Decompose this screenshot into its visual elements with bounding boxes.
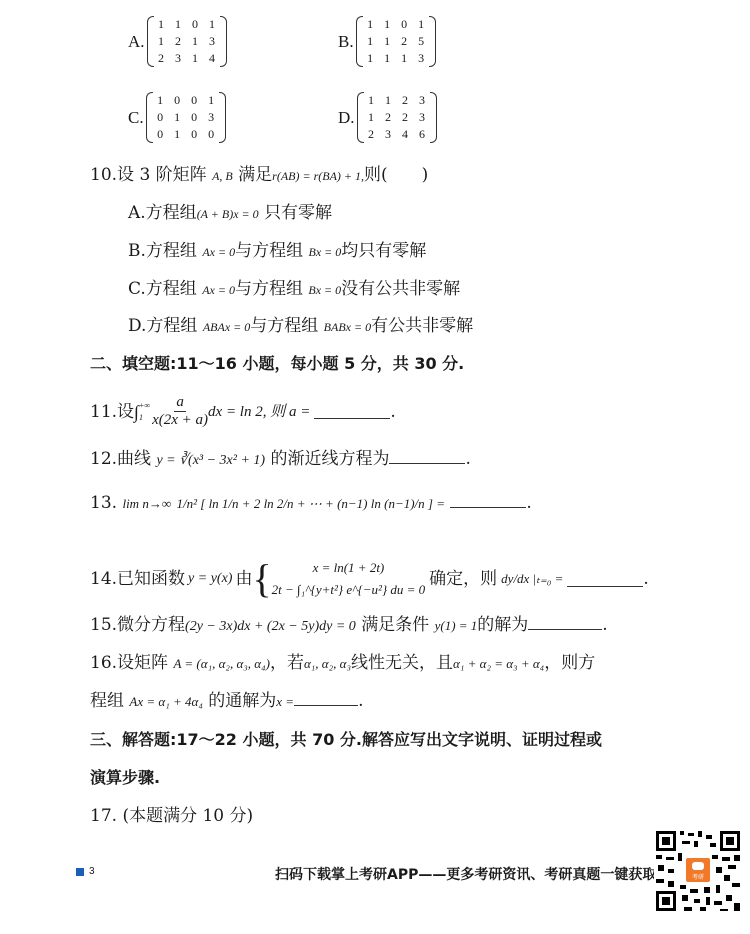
answer-blank[interactable]: [567, 572, 643, 587]
math: x =: [276, 694, 294, 709]
q9-option-c: C. 1001 0103 0100: [128, 92, 226, 143]
cell: 2: [397, 92, 414, 109]
cell: 3: [380, 126, 397, 143]
cell: 1: [363, 92, 380, 109]
page-marker-icon: [76, 868, 84, 876]
cell: 3: [203, 109, 220, 126]
text: 确定，则: [429, 568, 497, 590]
matrix: 1001 0103 0100: [146, 92, 226, 143]
cell: 1: [379, 33, 396, 50]
math: (2y − 3x)dx + (2x − 5y)dy = 0: [185, 619, 356, 634]
math: r(AB) = r(BA) + 1,: [272, 169, 364, 183]
cell: 2: [396, 33, 413, 50]
numerator: a: [174, 394, 186, 412]
text: 15.微分方程: [90, 615, 185, 635]
text: 则( ): [364, 165, 428, 185]
text: 均只有零解: [341, 241, 426, 261]
text: 满足: [238, 165, 272, 185]
cell: 4: [204, 50, 221, 67]
cell: 0: [186, 126, 203, 143]
cell: 1: [396, 50, 413, 67]
section-3-heading-line-1: 三、解答题:17～22 小题，共 70 分.解答应写出文字说明、证明过程或: [90, 729, 602, 751]
text: 的通解为: [208, 691, 276, 711]
cell: 1: [204, 16, 221, 33]
math: y(1) = 1: [435, 618, 478, 633]
cell: 2: [363, 126, 380, 143]
fraction: ax(2x + a): [152, 394, 208, 429]
section-2-heading: 二、填空题:11～16 小题，每小题 5 分，共 30 分.: [90, 353, 464, 375]
answer-blank[interactable]: [314, 404, 390, 419]
question-13: 13. lim n→∞ 1/n² [ ln 1/n + 2 ln 2/n + ⋯…: [90, 492, 532, 515]
cell: 1: [380, 92, 397, 109]
cell: 6: [414, 126, 431, 143]
text: 13.: [90, 493, 117, 513]
cell: 1: [362, 16, 379, 33]
question-10-option-b: B.方程组 Ax = 0与方程组 Bx = 0均只有零解: [128, 240, 426, 263]
math: α₁ + α₂ = α₃ + α₄: [453, 656, 544, 671]
cell: 3: [413, 50, 430, 67]
answer-blank[interactable]: [389, 449, 465, 464]
math: Ax = α₁ + 4α₄: [129, 694, 202, 709]
question-12: 12.曲线 y = ∛(x³ − 3x² + 1) 的渐近线方程为.: [90, 448, 471, 472]
cell: 3: [414, 92, 431, 109]
text: .: [602, 615, 607, 635]
math: α₁, α₂, α₃: [304, 656, 351, 671]
cell: 3: [204, 33, 221, 50]
q9-option-b: B. 1101 1125 1113: [338, 16, 436, 67]
answer-blank[interactable]: [450, 493, 526, 508]
text: ，若: [270, 653, 304, 673]
cell: 2: [380, 109, 397, 126]
text: 14.已知函数: [90, 568, 185, 590]
section-3-heading-line-2: 演算步骤.: [90, 767, 160, 789]
cell: 0: [152, 126, 169, 143]
cell: 1: [413, 16, 430, 33]
cell: 3: [170, 50, 187, 67]
text: B.方程组: [128, 241, 197, 261]
cell: 0: [186, 109, 203, 126]
question-16-line-1: 16.设矩阵 A = (α₁, α₂, α₃, α₄)，若α₁, α₂, α₃线…: [90, 652, 595, 675]
question-10-option-c: C.方程组 Ax = 0与方程组 Bx = 0没有公共非零解: [128, 278, 460, 301]
text: 的渐近线方程为: [270, 449, 389, 469]
text: .: [643, 568, 648, 590]
cell: 4: [397, 126, 414, 143]
option-label: C.: [128, 108, 144, 128]
cell: 1: [153, 33, 170, 50]
math: BABx = 0: [324, 320, 371, 334]
cell: 1: [187, 50, 204, 67]
math: (A + B)x = 0: [197, 207, 259, 221]
math: y = ∛(x³ − 3x² + 1): [156, 453, 265, 468]
equation: x = ln(1 + 2t): [313, 557, 385, 579]
question-14: 14.已知函数 y = y(x) 由 { x = ln(1 + 2t) 2t −…: [90, 557, 649, 601]
text: .: [526, 493, 531, 513]
cell: 1: [362, 50, 379, 67]
cell: 1: [363, 109, 380, 126]
cell: 1: [187, 33, 204, 50]
upper-limit: +∞: [139, 400, 150, 412]
math: dy/dx |ₜ₌₀ =: [501, 568, 563, 590]
cell: 2: [397, 109, 414, 126]
text: C.方程组: [128, 279, 197, 299]
matrix: 1101 1213 2314: [147, 16, 227, 67]
text: ，则方: [544, 653, 595, 673]
option-label: A.: [128, 32, 145, 52]
page-number: 3: [76, 866, 95, 877]
matrix: 1123 1223 2346: [357, 92, 437, 143]
text: 没有公共非零解: [341, 279, 460, 299]
text: 与方程组: [235, 279, 303, 299]
text: 程组: [90, 691, 124, 711]
text: 10.设 3 阶矩阵: [90, 165, 207, 185]
cell: 1: [170, 16, 187, 33]
text: 满足条件: [361, 615, 429, 635]
math: dx = ln 2, 则 a =: [208, 401, 310, 423]
question-16-line-2: 程组 Ax = α₁ + 4α₄ 的通解为x =.: [90, 690, 363, 713]
footer-promo: 扫码下载掌上考研APP——更多考研资讯、考研真题一键获取: [275, 864, 656, 884]
math: Bx = 0: [308, 245, 341, 259]
cell: 1: [379, 50, 396, 67]
text: 线性无关，且: [351, 653, 453, 673]
question-10-option-d: D.方程组 ABAx = 0与方程组 BABx = 0有公共非零解: [128, 315, 473, 338]
math: A, B: [212, 169, 233, 183]
text: 12.曲线: [90, 449, 151, 469]
cell: 0: [396, 16, 413, 33]
cell: 1: [153, 16, 170, 33]
math: lim n→∞: [122, 496, 171, 511]
equation: 2t − ∫₁^{y+t²} e^{−u²} du = 0: [272, 579, 426, 601]
math: ABAx = 0: [203, 320, 250, 334]
cell: 0: [186, 92, 203, 109]
math: y = y(x): [188, 568, 232, 590]
math: Ax = 0: [202, 283, 235, 297]
text: 11.设: [90, 401, 134, 423]
cell: 5: [413, 33, 430, 50]
denominator: x(2x + a): [152, 412, 208, 429]
text: 16.设矩阵: [90, 653, 168, 673]
cell: 0: [152, 109, 169, 126]
cell: 0: [203, 126, 220, 143]
text: A.方程组: [128, 203, 197, 223]
text: 只有零解: [264, 203, 332, 223]
q9-option-d: D. 1123 1223 2346: [338, 92, 437, 143]
cell: 1: [379, 16, 396, 33]
question-15: 15.微分方程(2y − 3x)dx + (2x − 5y)dy = 0 满足条…: [90, 614, 608, 638]
cell: 1: [203, 92, 220, 109]
option-label: B.: [338, 32, 354, 52]
page-number-text: 3: [89, 866, 95, 877]
math: Ax = 0: [202, 245, 235, 259]
lower-limit: 1: [139, 412, 150, 424]
question-10-option-a: A.方程组(A + B)x = 0 只有零解: [128, 202, 332, 225]
qr-code-icon[interactable]: 考研: [654, 829, 742, 913]
cell: 1: [362, 33, 379, 50]
text: .: [390, 401, 395, 423]
cell: 2: [170, 33, 187, 50]
option-label: D.: [338, 108, 355, 128]
text: .: [465, 449, 470, 469]
brace: {: [252, 559, 271, 599]
cell: 0: [169, 92, 186, 109]
math: A = (α₁, α₂, α₃, α₄): [173, 656, 270, 671]
cell: 0: [187, 16, 204, 33]
integral-limits: +∞1: [139, 400, 150, 424]
text: 有公共非零解: [371, 316, 473, 336]
text: 的解为: [477, 615, 528, 635]
cell: 2: [153, 50, 170, 67]
math: 1/n² [ ln 1/n + 2 ln 2/n + ⋯ + (n−1) ln …: [177, 496, 446, 511]
answer-blank[interactable]: [294, 691, 358, 706]
cell: 1: [169, 109, 186, 126]
math: Bx = 0: [308, 283, 341, 297]
equation-system: x = ln(1 + 2t) 2t − ∫₁^{y+t²} e^{−u²} du…: [272, 557, 426, 601]
matrix: 1101 1125 1113: [356, 16, 436, 67]
text: D.方程组: [128, 316, 197, 336]
question-10-stem: 10.设 3 阶矩阵 A, B 满足r(AB) = r(BA) + 1,则( ): [90, 164, 428, 187]
cell: 1: [152, 92, 169, 109]
text: 与方程组: [250, 316, 318, 336]
text: .: [358, 691, 363, 711]
text: 由: [235, 568, 252, 590]
text: 与方程组: [235, 241, 303, 261]
qr-logo-text: 考研: [692, 873, 704, 881]
answer-blank[interactable]: [528, 615, 602, 630]
qr-code-graphic: 考研: [654, 829, 742, 913]
question-17: 17. (本题满分 10 分): [90, 805, 253, 827]
cell: 3: [414, 109, 431, 126]
question-11: 11.设 ∫ +∞1 ax(2x + a) dx = ln 2, 则 a = .: [90, 394, 396, 429]
q9-option-a: A. 1101 1213 2314: [128, 16, 227, 67]
cell: 1: [169, 126, 186, 143]
